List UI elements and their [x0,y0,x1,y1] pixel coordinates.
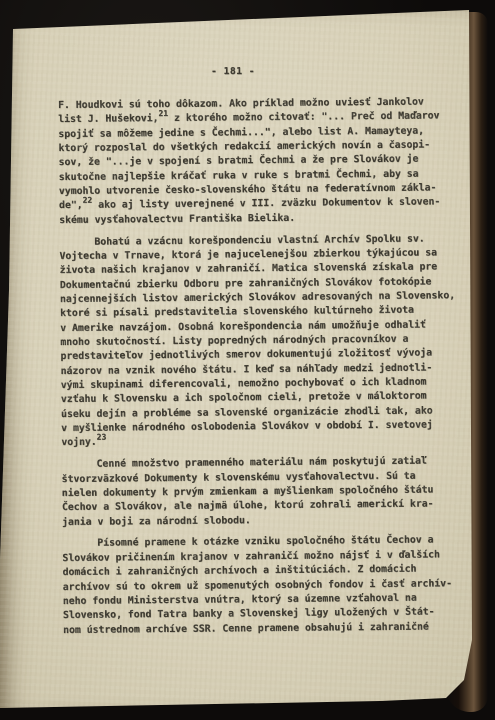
footnote-ref: 21 [158,109,168,118]
text-line: jania v boji za národní slobodu. [62,512,462,530]
paragraph: Cenné množstvo pramenného materiálu nám … [61,454,462,530]
paragraph: Bohatú a vzácnu korešpondenciu vlastní A… [59,232,461,451]
paragraph: F. Houdkovi sú toho dôkazom. Ako príklad… [58,95,459,228]
text-line: nom ústrednom archíve SSR. Cenne pramene… [63,620,463,638]
text-line: skému vysťahovalectvu Františka Bielika. [59,210,459,228]
footnote-ref: 23 [97,433,107,442]
scanned-book-photo: { "colors": { "backdrop": "#0d0b0a", "pa… [0,0,495,720]
page-body: F. Houdkovi sú toho dôkazom. Ako príklad… [58,95,463,638]
scanned-page: - 181 - F. Houdkovi sú toho dôkazom. Ako… [0,0,495,720]
paragraph: Písomné pramene k otázke vzniku spoločné… [62,534,463,638]
footnote-ref: 22 [83,196,93,205]
page-number: - 181 - [58,66,408,77]
